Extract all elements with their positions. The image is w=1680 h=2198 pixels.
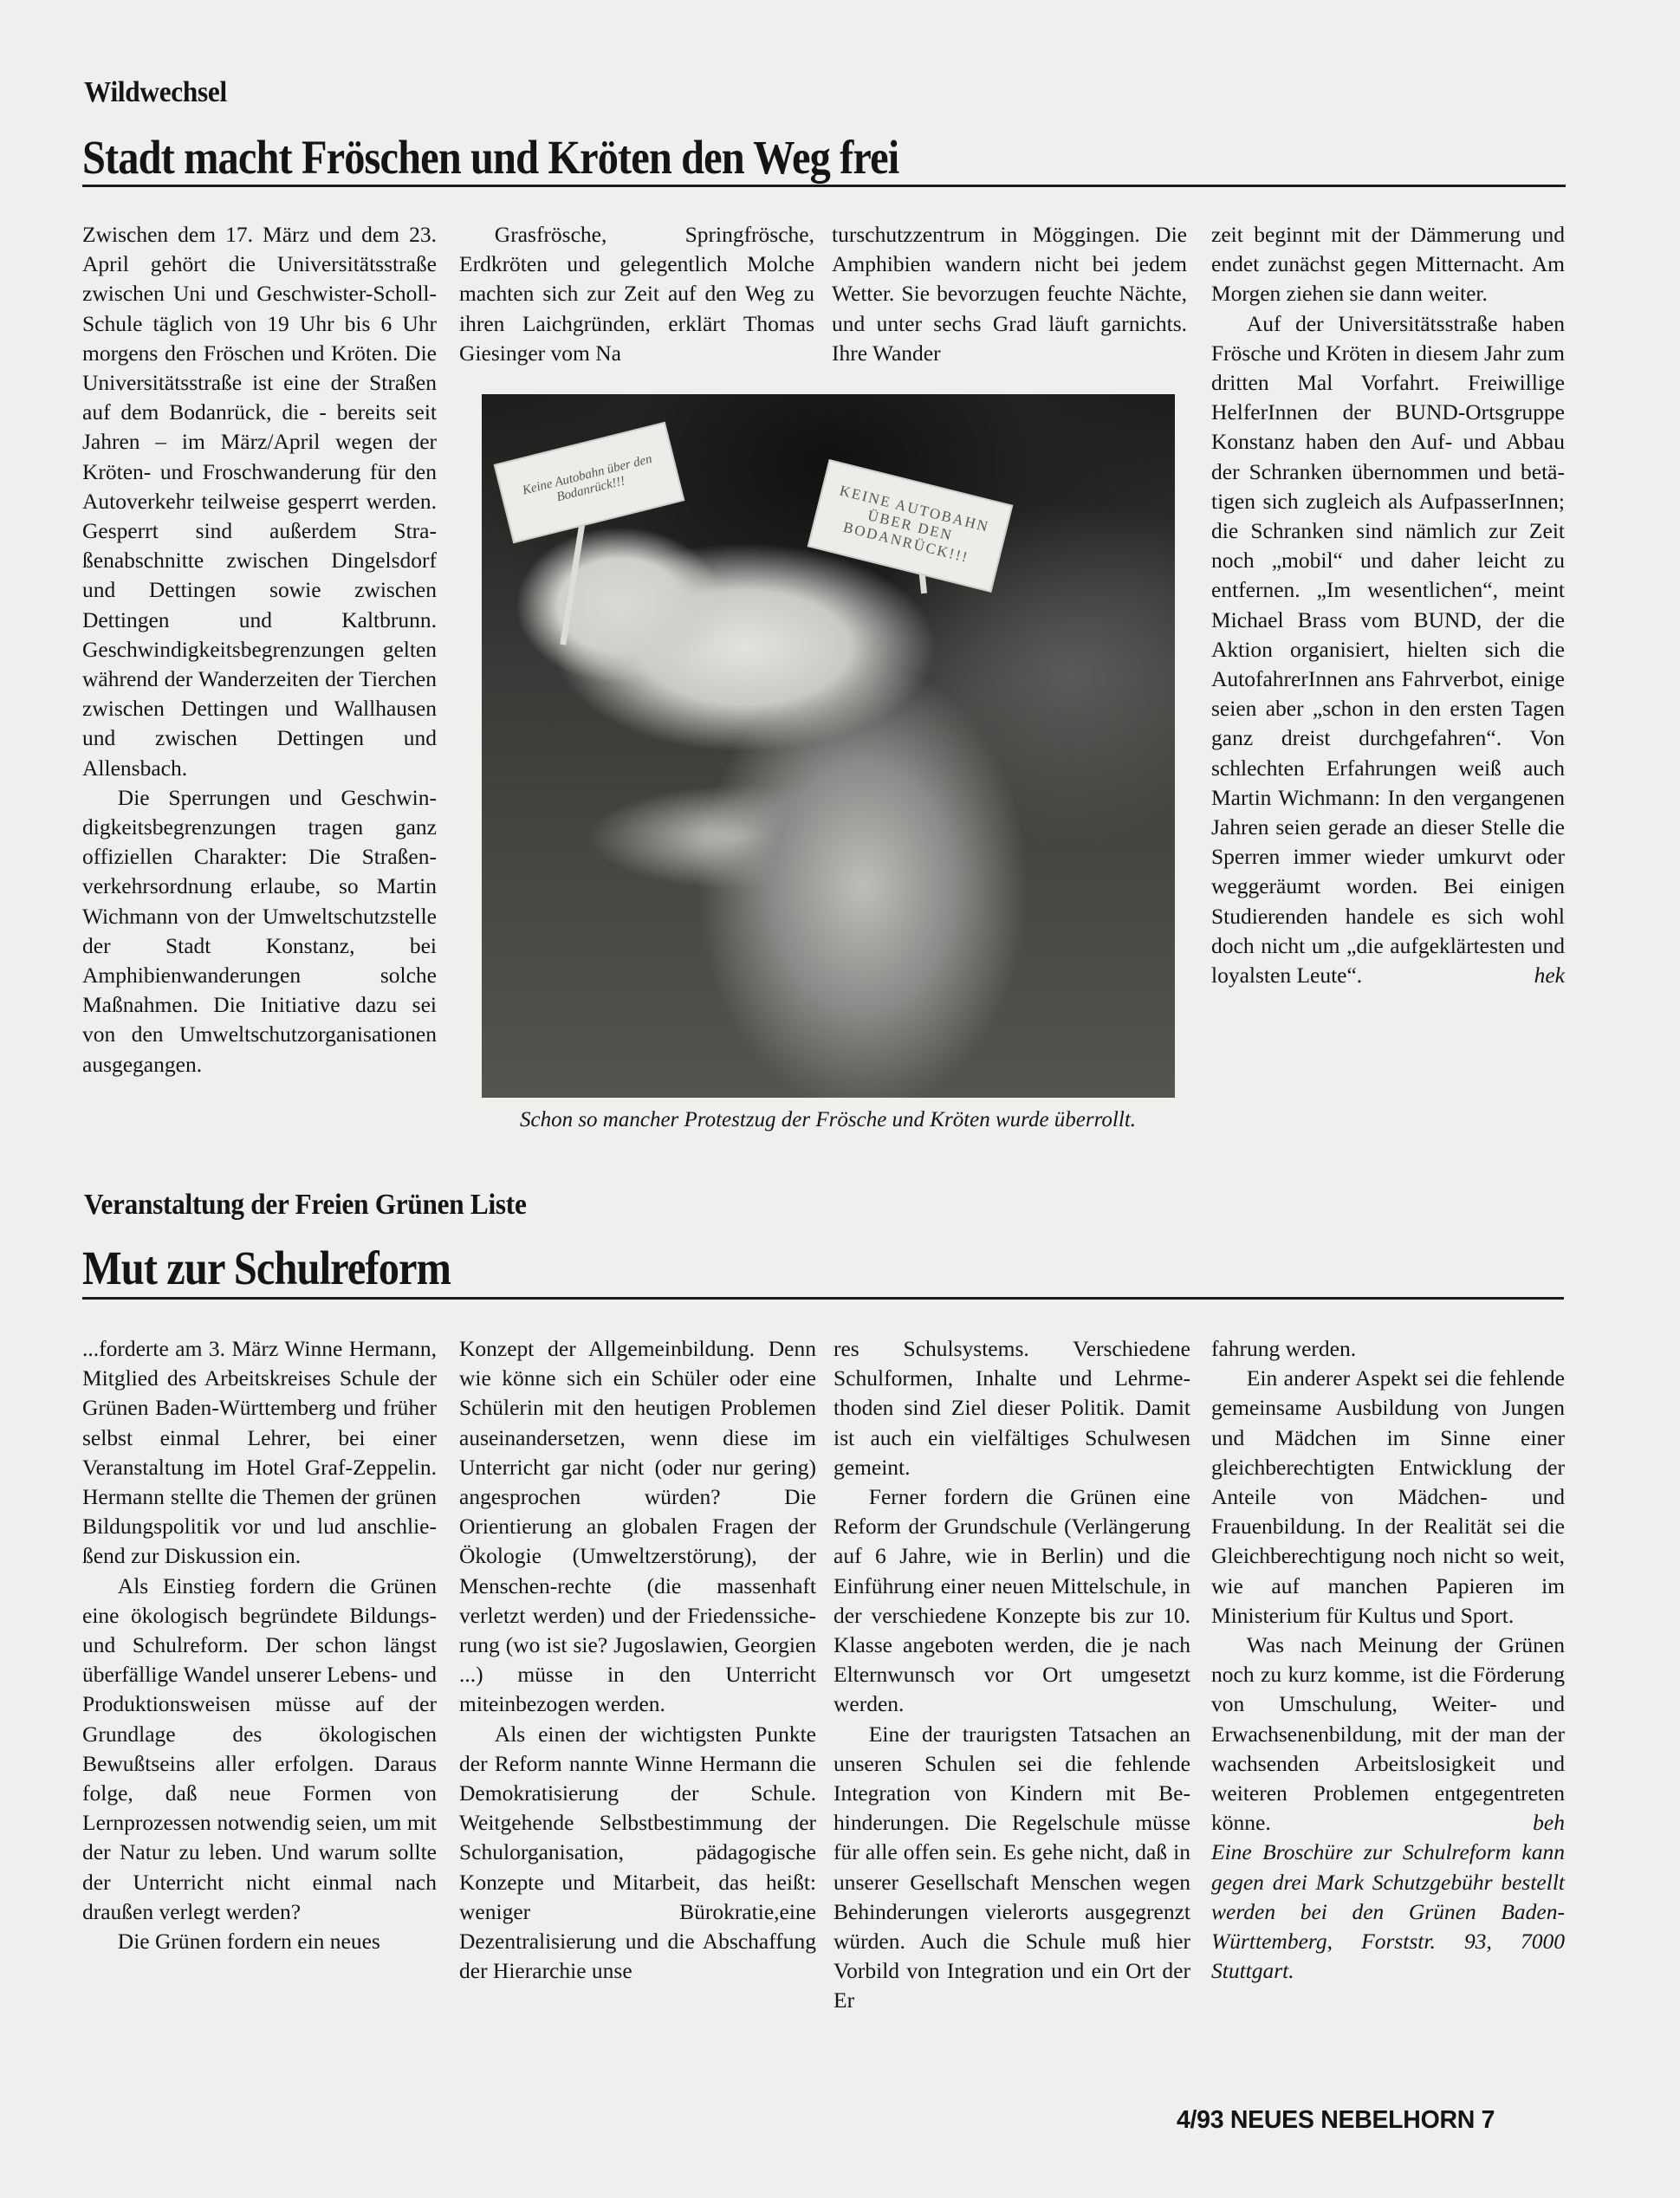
article-kicker: Veranstaltung der Freien Grünen Liste (84, 1189, 527, 1222)
paragraph: Die Sperrungen und Geschwin­digkeitsbegr… (82, 783, 437, 1080)
frog-protest-photo: Keine Autobahn über den Bodanrück!!! KEI… (482, 394, 1175, 1098)
paragraph: Ferner fordern die Grünen eine Reform de… (834, 1482, 1190, 1720)
paragraph: ...forderte am 3. März Winne Her­mann, M… (82, 1334, 437, 1572)
article-kicker: Wildwechsel (84, 76, 227, 109)
article-column-2-3: Grasfrösche, Springfrösche, Erdkröten un… (459, 220, 1187, 368)
article-column-3: res Schulsystems. Verschiedene Schulform… (834, 1334, 1190, 2016)
article-column-4: zeit beginnt mit der Dämmerung und endet… (1211, 220, 1565, 990)
sign-stick (560, 515, 586, 645)
article-column-1: ...forderte am 3. März Winne Her­mann, M… (82, 1334, 437, 1956)
protest-sign-right: KEINE AUTOBAHN ÜBER DEN BODANRÜCK!!! (808, 459, 1014, 593)
paragraph: Was nach Meinung der Grünen noch zu kurz… (1211, 1631, 1565, 1838)
headline-rule (82, 1297, 1564, 1300)
paragraph: Ein anderer Aspekt sei die feh­lende gem… (1211, 1364, 1565, 1631)
paragraph: Auf der Universitätsstraße ha­ben Frösch… (1211, 309, 1565, 991)
article-headline: Mut zur Schulreform (82, 1241, 451, 1295)
article-headline: Stadt macht Fröschen und Kröten den Weg … (82, 130, 898, 185)
paragraph-text: Auf der Universitätsstraße ha­ben Frösch… (1211, 311, 1565, 988)
article-column-4: fahrung werden. Ein anderer Aspekt sei d… (1211, 1334, 1565, 1986)
paragraph: Konzept der Allgemeinbildung. Denn wie k… (459, 1334, 816, 1720)
paragraph: Die Grünen fordern ein neues (82, 1927, 437, 1956)
paragraph: fahrung werden. (1211, 1334, 1565, 1364)
paragraph: Als einen der wichtigsten Punk­te der Re… (459, 1720, 816, 1987)
protest-sign-left: Keine Autobahn über den Bodanrück!!! (494, 422, 685, 544)
paragraph-text: Was nach Meinung der Grünen noch zu kurz… (1211, 1632, 1565, 1835)
paragraph: turschutzzentrum in Möggingen. Die Amphi… (832, 220, 1187, 368)
article-column-1: Zwischen dem 17. März und dem 23. April … (82, 220, 437, 1080)
headline-rule (82, 185, 1566, 187)
paragraph: Grasfrösche, Springfrösche, Erdkröten un… (459, 220, 814, 368)
article-column-2: Konzept der Allgemeinbildung. Denn wie k… (459, 1334, 816, 1986)
paragraph: zeit beginnt mit der Dämmerung und endet… (1211, 220, 1565, 309)
paragraph: res Schulsystems. Verschiedene Schulform… (834, 1334, 1190, 1482)
author-initials: beh (1497, 1808, 1565, 1838)
paragraph: Zwischen dem 17. März und dem 23. April … (82, 220, 437, 783)
brochure-note: Eine Broschüre zur Schulreform kann gege… (1211, 1838, 1565, 1986)
paragraph: Als Einstieg fordern die Grünen eine öko… (82, 1572, 437, 1927)
page-footer: 4/93 NEUES NEBELHORN 7 (1177, 2106, 1495, 2135)
paragraph: Eine der traurigsten Tatsachen an unsere… (834, 1720, 1190, 2016)
photo-caption: Schon so mancher Protestzug der Frösche … (462, 1108, 1194, 1132)
author-initials: hek (1499, 961, 1565, 990)
